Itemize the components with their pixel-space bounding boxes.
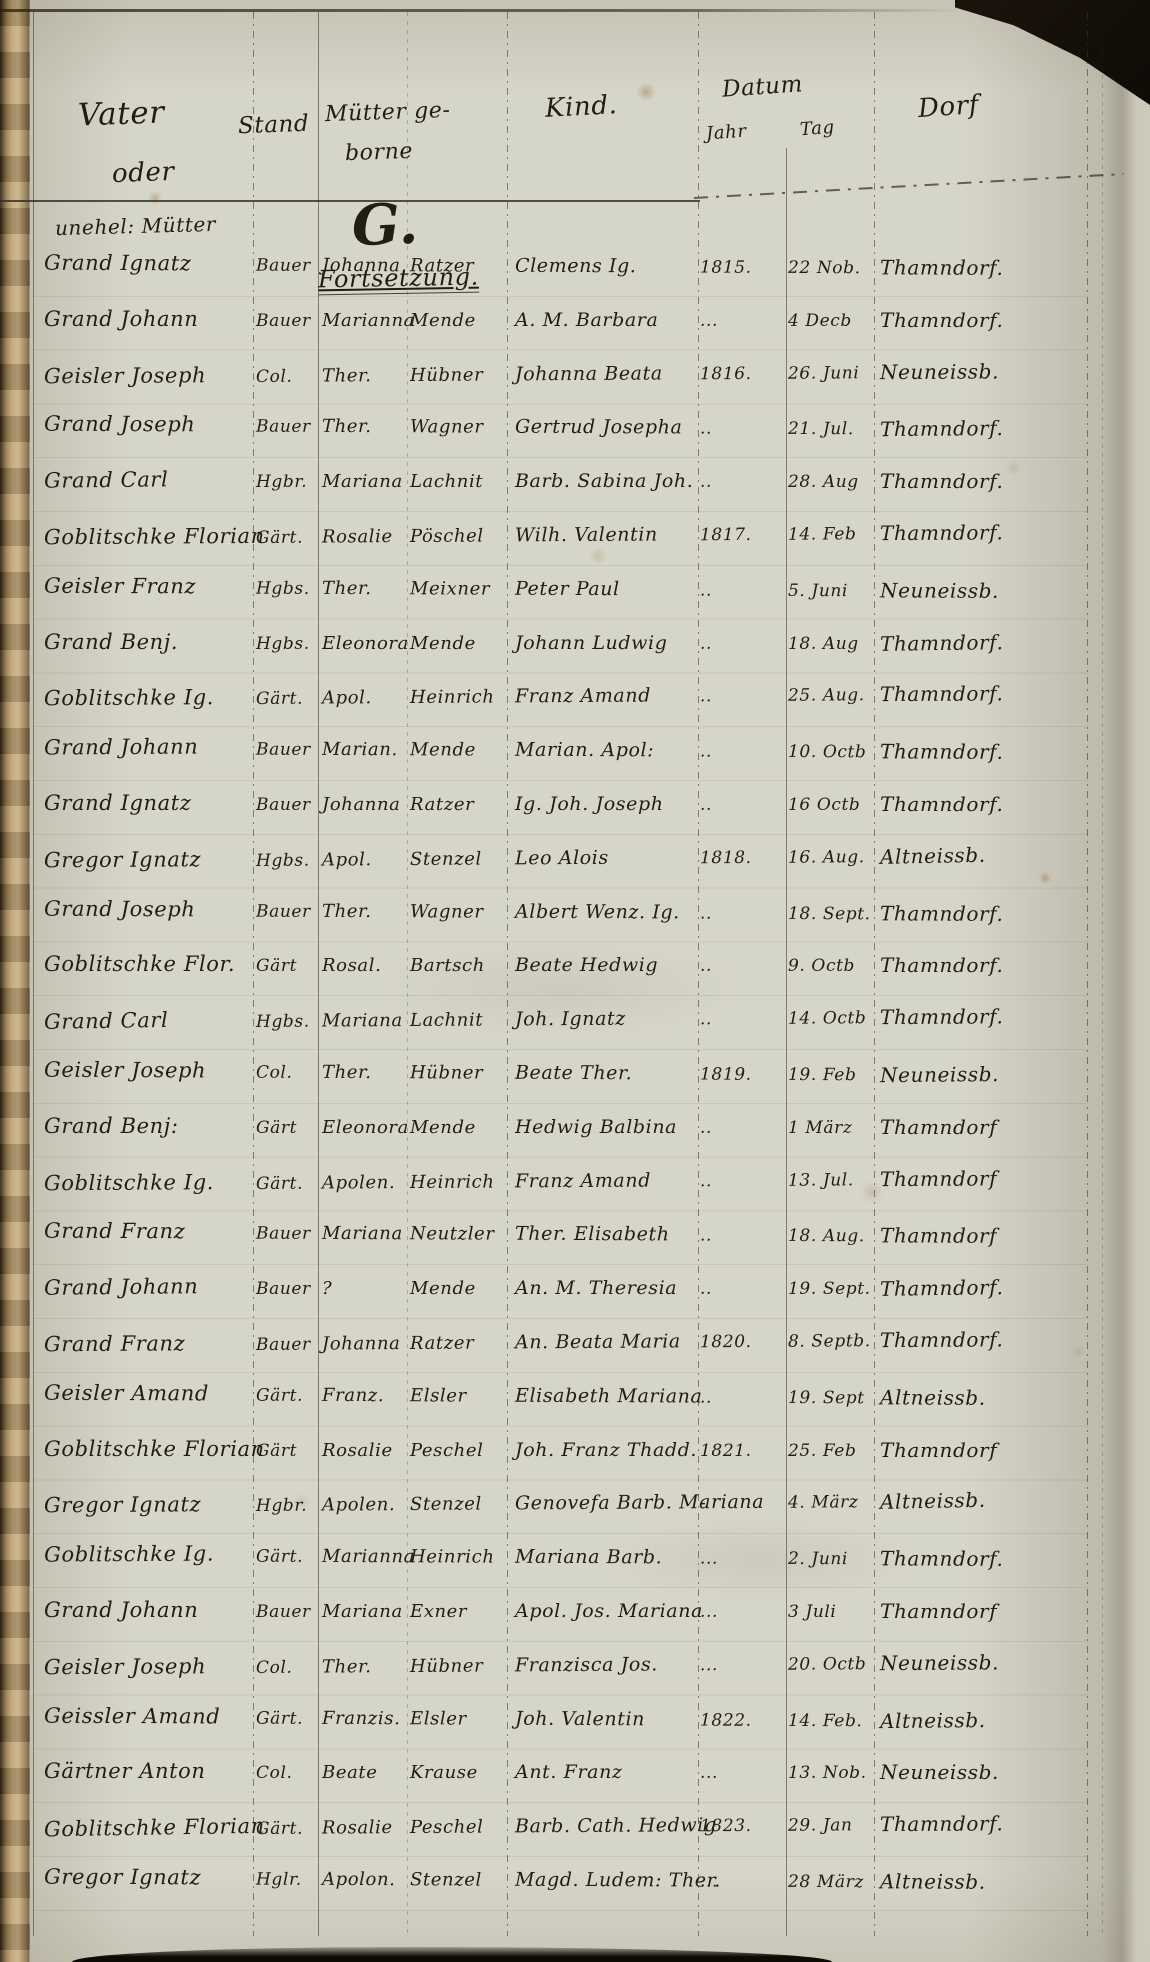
- village-cell: Altneissb.: [880, 1869, 986, 1893]
- day-cell: 9. Octb: [788, 956, 855, 976]
- day-cell: 8. Septb.: [788, 1331, 871, 1352]
- year-cell: 1820.: [700, 1332, 752, 1352]
- village-cell: Neuneissb.: [880, 359, 999, 384]
- father-cell: Geisler Joseph: [44, 363, 206, 388]
- child-cell: Franzisca Jos.: [515, 1653, 658, 1676]
- mother-surname-cell: Mende: [410, 1278, 476, 1299]
- day-cell: 21. Jul.: [788, 419, 854, 439]
- father-cell: Goblitschke Florian: [44, 1437, 265, 1461]
- mother-surname-cell: Lachnit: [410, 1010, 483, 1031]
- year-cell: 1817.: [700, 525, 752, 545]
- village-cell: Neuneissb.: [880, 1760, 999, 1784]
- table-row: Grand IgnatzBauerJohannaRatzerClemens Ig…: [0, 240, 1150, 299]
- mother-surname-cell: Stenzel: [410, 1869, 482, 1890]
- child-cell: Joh. Valentin: [515, 1707, 645, 1730]
- stand-cell: Bauer: [256, 1224, 311, 1244]
- mother-surname-cell: Ratzer: [410, 1333, 474, 1354]
- stand-cell: Hglr.: [256, 1870, 302, 1890]
- village-cell: Thamndorf.: [880, 469, 1003, 493]
- mother-surname-cell: Ratzer: [410, 794, 474, 815]
- child-cell: An. M. Theresia: [515, 1277, 677, 1299]
- day-cell: 19. Feb: [788, 1065, 857, 1085]
- mother-surname-cell: Heinrich: [410, 1171, 495, 1193]
- table-row: Gärtner AntonCol.BeateKrauseAnt. Franz..…: [0, 1749, 1150, 1803]
- stand-cell: Gärt.: [256, 1173, 303, 1193]
- stand-cell: Bauer: [256, 256, 311, 276]
- day-cell: 4. März: [788, 1493, 859, 1513]
- table-row: Grand JohannBauerMarianaExnerApol. Jos. …: [0, 1588, 1150, 1642]
- year-cell: 1816.: [700, 364, 752, 384]
- mother-given-cell: Marian.: [322, 739, 398, 760]
- mother-given-cell: Beate: [322, 1762, 378, 1783]
- year-cell: ..: [700, 795, 712, 815]
- day-cell: 3 Juli: [788, 1602, 836, 1622]
- father-cell: Goblitschke Florian: [44, 1814, 265, 1842]
- father-cell: Goblitschke Flor.: [44, 952, 235, 976]
- table-row: Gregor IgnatzHglr.Apolon.StenzelMagd. Lu…: [0, 1854, 1150, 1913]
- header-rule-left: [0, 200, 700, 202]
- village-cell: Thamndorf.: [880, 520, 1004, 545]
- table-row: Goblitschke Flor.GärtRosal.BartschBeate …: [0, 942, 1150, 996]
- stand-cell: Hgbs.: [256, 634, 310, 654]
- child-cell: Clemens Ig.: [515, 255, 637, 278]
- mother-given-cell: Franzis.: [322, 1707, 401, 1728]
- header-date-day: Tag: [799, 117, 835, 140]
- village-cell: Neuneissb.: [880, 1650, 999, 1675]
- mother-given-cell: Eleonora: [322, 1117, 409, 1138]
- day-cell: 25. Feb: [788, 1441, 856, 1461]
- child-cell: Franz Amand: [515, 1169, 651, 1192]
- stand-cell: Col.: [256, 1657, 293, 1677]
- mother-given-cell: Apolen.: [322, 1172, 395, 1193]
- father-cell: Grand Benj:: [44, 1114, 179, 1138]
- year-cell: ...: [700, 1602, 718, 1622]
- child-cell: Hedwig Balbina: [515, 1116, 677, 1138]
- mother-surname-cell: Stenzel: [410, 1494, 482, 1515]
- village-cell: Thamndorf: [880, 1115, 997, 1139]
- stand-cell: Bauer: [256, 1602, 311, 1622]
- year-cell: ...: [700, 1763, 718, 1783]
- day-cell: 16 Octb: [788, 795, 860, 815]
- child-cell: Barb. Cath. Hedwig: [515, 1814, 717, 1837]
- father-cell: Goblitschke Florian: [44, 524, 265, 549]
- mother-surname-cell: Hübner: [410, 364, 483, 385]
- page-top-edge-line: [0, 9, 960, 12]
- village-cell: Altneissb.: [880, 1385, 986, 1409]
- day-cell: 20. Octb: [788, 1654, 867, 1674]
- village-cell: Thamndorf.: [880, 308, 1003, 332]
- year-cell: ..: [700, 1226, 712, 1246]
- stand-cell: Hgbs.: [256, 1012, 310, 1032]
- mother-surname-cell: Wagner: [410, 417, 484, 438]
- table-row: Goblitschke Ig.Gärt.MariannaHeinrichMari…: [0, 1532, 1150, 1591]
- year-cell: ...: [700, 311, 718, 331]
- father-cell: Grand Franz: [44, 1331, 185, 1356]
- header-mother-line2: borne: [345, 139, 414, 166]
- father-cell: Grand Joseph: [44, 412, 196, 437]
- mother-given-cell: Franz.: [322, 1385, 384, 1406]
- stand-cell: Gärt.: [256, 528, 303, 548]
- mother-given-cell: Marianna: [322, 310, 415, 331]
- mother-given-cell: Ther.: [322, 1656, 372, 1677]
- stand-cell: Bauer: [256, 740, 311, 760]
- table-row: Grand JohannBauerMarian.MendeMarian. Apo…: [0, 725, 1150, 784]
- child-cell: Beate Hedwig: [515, 954, 658, 976]
- mother-surname-cell: Hübner: [410, 1655, 483, 1676]
- child-cell: Genovefa Barb. Mariana: [515, 1491, 764, 1515]
- table-row: Grand JosephBauerTher.WagnerAlbert Wenz.…: [0, 886, 1150, 945]
- father-cell: Gärtner Anton: [44, 1759, 206, 1783]
- stand-cell: Hgbr.: [256, 472, 307, 492]
- child-cell: Ther. Elisabeth: [515, 1223, 670, 1246]
- mother-given-cell: Rosalie: [322, 526, 393, 547]
- stand-cell: Gärt: [256, 956, 297, 976]
- father-cell: Geisler Amand: [44, 1380, 209, 1405]
- village-cell: Thamndorf.: [880, 416, 1004, 441]
- child-cell: Peter Paul: [515, 578, 620, 600]
- table-row: Geisler FranzHgbs.Ther.MeixnerPeter Paul…: [0, 563, 1150, 622]
- mother-given-cell: Marianna: [322, 1546, 415, 1567]
- mother-surname-cell: Lachnit: [410, 471, 483, 492]
- table-row: Grand CarlHgbr.MarianaLachnitBarb. Sabin…: [0, 458, 1150, 512]
- mother-surname-cell: Peschel: [410, 1440, 483, 1461]
- mother-surname-cell: Bartsch: [410, 955, 485, 976]
- child-cell: Leo Alois: [515, 847, 609, 870]
- father-cell: Gregor Ignatz: [44, 1865, 201, 1890]
- mother-surname-cell: Mende: [410, 1117, 476, 1138]
- stand-cell: Bauer: [256, 417, 311, 437]
- day-cell: 14. Octb: [788, 1008, 867, 1028]
- day-cell: 29. Jan: [788, 1815, 853, 1835]
- table-row: Goblitschke Ig.Gärt.Apol.HeinrichFranz A…: [0, 670, 1150, 731]
- table-row: Grand Benj:GärtEleonoraMendeHedwig Balbi…: [0, 1104, 1150, 1158]
- year-cell: 1818.: [700, 848, 752, 868]
- village-cell: Thamndorf.: [880, 1327, 1004, 1352]
- mother-surname-cell: Ratzer: [410, 255, 474, 276]
- header-date-year: Jahr: [705, 121, 747, 145]
- day-cell: 28 März: [788, 1872, 864, 1892]
- year-cell: ..: [700, 1387, 712, 1407]
- year-cell: ..: [700, 419, 712, 439]
- village-cell: Thamndorf: [880, 1599, 997, 1623]
- father-cell: Geissler Amand: [44, 1703, 220, 1728]
- year-cell: 1823.: [700, 1816, 752, 1836]
- mother-surname-cell: Heinrich: [410, 687, 495, 709]
- mother-given-cell: Mariana: [322, 471, 403, 492]
- village-cell: Thamndorf: [880, 1224, 997, 1249]
- father-cell: Goblitschke Ig.: [44, 1170, 214, 1195]
- child-cell: Barb. Sabina Joh.: [515, 470, 693, 492]
- father-cell: Grand Joseph: [44, 896, 196, 921]
- year-cell: ...: [700, 1655, 718, 1675]
- year-cell: ..: [700, 1171, 712, 1191]
- table-row: Gregor IgnatzHgbs.Apol.StenzelLeo Alois1…: [0, 831, 1150, 892]
- child-cell: Albert Wenz. Ig.: [515, 900, 680, 923]
- stand-cell: Bauer: [256, 1279, 311, 1299]
- day-cell: 2. Juni: [788, 1549, 848, 1569]
- father-cell: Grand Johann: [44, 735, 198, 760]
- day-cell: 14. Feb.: [788, 1710, 863, 1730]
- village-cell: Thamndorf.: [880, 682, 1004, 707]
- village-cell: Thamndorf.: [880, 953, 1003, 977]
- father-cell: Grand Ignatz: [44, 251, 192, 276]
- day-cell: 18. Aug: [788, 634, 859, 654]
- mother-given-cell: Johanna: [322, 1333, 401, 1354]
- day-cell: 13. Nob.: [788, 1763, 867, 1783]
- father-cell: Grand Carl: [44, 468, 169, 493]
- table-row: Goblitschke FlorianGärt.RosaliePeschelBa…: [0, 1800, 1150, 1861]
- year-cell: 1815.: [700, 258, 752, 278]
- year-cell: ..: [700, 634, 712, 654]
- table-row: Geisler JosephCol.Ther.HübnerFranzisca J…: [0, 1638, 1150, 1699]
- father-cell: Grand Johann: [44, 307, 198, 331]
- mother-given-cell: Ther.: [322, 416, 372, 437]
- father-cell: Grand Johann: [44, 1274, 199, 1300]
- day-cell: 1 März: [788, 1118, 852, 1138]
- year-cell: ..: [700, 580, 712, 600]
- table-row: Goblitschke FlorianGärt.RosaliePöschelWi…: [0, 508, 1150, 569]
- year-cell: ...: [700, 1549, 718, 1569]
- mother-given-cell: Mariana: [322, 1010, 403, 1031]
- mother-given-cell: Ther.: [322, 365, 372, 386]
- mother-surname-cell: Mende: [410, 739, 476, 760]
- day-cell: 16. Aug.: [788, 847, 865, 867]
- mother-given-cell: Apolon.: [322, 1869, 396, 1890]
- day-cell: 22 Nob.: [788, 258, 861, 278]
- year-cell: ..: [700, 472, 712, 492]
- table-row: Geissler AmandGärt.Franzis.ElslerJoh. Va…: [0, 1693, 1150, 1752]
- mother-surname-cell: Elsler: [410, 1385, 467, 1406]
- stand-cell: Gärt.: [256, 1547, 303, 1567]
- mother-given-cell: ?: [322, 1278, 332, 1299]
- day-cell: 18. Sept.: [788, 903, 871, 923]
- stand-cell: Col.: [256, 1763, 292, 1783]
- table-row: Geisler JosephCol.Ther.HübnerBeate Ther.…: [0, 1047, 1150, 1106]
- year-cell: -: [700, 1494, 706, 1514]
- year-cell: ..: [700, 687, 712, 707]
- child-cell: Joh. Franz Thadd.: [515, 1439, 697, 1461]
- village-cell: Neuneissb.: [880, 578, 999, 603]
- father-cell: Geisler Joseph: [44, 1654, 206, 1679]
- day-cell: 10. Octb: [788, 742, 867, 762]
- father-cell: Grand Franz: [44, 1219, 185, 1244]
- child-cell: Ant. Franz: [515, 1761, 623, 1783]
- child-cell: Magd. Ludem: Ther.: [515, 1869, 721, 1892]
- mother-given-cell: Apol.: [322, 849, 372, 870]
- year-cell: ..: [700, 1279, 712, 1299]
- mother-given-cell: Ther.: [322, 1062, 372, 1083]
- child-cell: Johanna Beata: [515, 362, 663, 385]
- village-cell: Thamndorf.: [880, 630, 1004, 656]
- header-stand: Stand: [238, 111, 310, 139]
- village-cell: Thamndorf.: [880, 1546, 1004, 1571]
- year-cell: 1821.: [700, 1441, 752, 1461]
- mother-given-cell: Johanna: [322, 794, 401, 815]
- mother-given-cell: Mariana: [322, 1601, 403, 1622]
- year-cell: ..: [700, 742, 712, 762]
- register-page-scan: Vater oder unehel: Mütter Stand Mütter g…: [0, 0, 1150, 1962]
- stand-cell: Gärt.: [256, 1385, 303, 1405]
- header-father-line3: unehel: Mütter: [55, 212, 217, 240]
- table-row: Goblitschke FlorianGärtRosaliePeschelJoh…: [0, 1427, 1150, 1481]
- mother-given-cell: Mariana: [322, 1223, 403, 1244]
- stand-cell: Col.: [256, 366, 293, 386]
- mother-given-cell: Apolen.: [322, 1494, 395, 1515]
- table-row: Grand FranzBauerJohannaRatzerAn. Beata M…: [0, 1315, 1150, 1376]
- father-cell: Grand Benj.: [44, 630, 178, 654]
- year-cell: 1819.: [700, 1064, 752, 1084]
- father-cell: Gregor Ignatz: [44, 1493, 201, 1518]
- table-row: Grand FranzBauerMarianaNeutzlerTher. Eli…: [0, 1209, 1150, 1268]
- table-row: Geisler AmandGärt.Franz.ElslerElisabeth …: [0, 1370, 1150, 1429]
- header-village: Dorf: [917, 90, 980, 124]
- village-cell: Thamndorf.: [880, 740, 1004, 765]
- village-cell: Altneissb.: [880, 843, 986, 869]
- day-cell: 26. Juni: [788, 363, 860, 383]
- year-cell: ...: [700, 1871, 718, 1891]
- table-row: Grand IgnatzBauerJohannaRatzerIg. Joh. J…: [0, 781, 1150, 835]
- mother-given-cell: Rosalie: [322, 1817, 393, 1838]
- stand-cell: Col.: [256, 1063, 293, 1083]
- stand-cell: Bauer: [256, 1335, 311, 1355]
- header-date: Datum: [721, 71, 804, 103]
- father-cell: Gregor Ignatz: [44, 847, 201, 872]
- father-cell: Grand Carl: [44, 1008, 169, 1034]
- mother-surname-cell: Hübner: [410, 1062, 483, 1083]
- header-mother-line1: Mütter ge-: [325, 98, 451, 127]
- table-row: Grand CarlHgbs.MarianaLachnitJoh. Ignatz…: [0, 993, 1150, 1054]
- stand-cell: Gärt.: [256, 1708, 303, 1728]
- stand-cell: Gärt.: [256, 689, 303, 709]
- village-cell: Thamndorf.: [880, 1275, 1004, 1301]
- mother-given-cell: Johanna: [322, 255, 401, 276]
- year-cell: ..: [700, 1009, 712, 1029]
- year-cell: ..: [700, 956, 712, 976]
- mother-surname-cell: Meixner: [410, 578, 490, 599]
- village-cell: Thamndorf: [880, 1438, 997, 1462]
- stand-cell: Hgbr.: [256, 1496, 307, 1516]
- table-row: Grand Benj.Hgbs.EleonoraMendeJohann Ludw…: [0, 620, 1150, 674]
- stand-cell: Bauer: [256, 311, 311, 331]
- table-rows: Grand IgnatzBauerJohannaRatzerClemens Ig…: [0, 243, 1150, 1911]
- mother-given-cell: Eleonora: [322, 633, 409, 654]
- mother-given-cell: Ther.: [322, 900, 372, 921]
- mother-surname-cell: Elsler: [410, 1708, 467, 1729]
- stand-cell: Hgbs.: [256, 578, 310, 598]
- day-cell: 19. Sept: [788, 1388, 865, 1408]
- year-cell: 1822.: [700, 1710, 752, 1730]
- table-row: Gregor IgnatzHgbr.Apolen.StenzelGenovefa…: [0, 1477, 1150, 1538]
- village-cell: Thamndorf.: [880, 901, 1004, 926]
- year-cell: ..: [700, 1118, 712, 1138]
- mother-surname-cell: Stenzel: [410, 848, 482, 869]
- mother-surname-cell: Exner: [410, 1601, 467, 1622]
- village-cell: Thamndorf.: [880, 792, 1003, 816]
- book-bottom-edge: [72, 1947, 832, 1962]
- mother-surname-cell: Krause: [410, 1762, 478, 1783]
- village-cell: Altneissb.: [880, 1708, 986, 1733]
- father-cell: Geisler Franz: [44, 573, 196, 598]
- child-cell: An. Beata Maria: [515, 1330, 681, 1353]
- day-cell: 28. Aug: [788, 472, 859, 492]
- child-cell: Mariana Barb.: [515, 1546, 662, 1569]
- stand-cell: Gärt: [256, 1441, 297, 1461]
- mother-surname-cell: Peschel: [410, 1817, 484, 1838]
- mother-surname-cell: Neutzler: [410, 1224, 495, 1245]
- day-cell: 25. Aug.: [788, 686, 865, 706]
- village-cell: Neuneissb.: [880, 1062, 999, 1087]
- child-cell: Franz Amand: [515, 685, 651, 708]
- village-cell: Altneissb.: [880, 1488, 986, 1514]
- table-row: Goblitschke Ig.Gärt.Apolen.HeinrichFranz…: [0, 1154, 1150, 1215]
- mother-surname-cell: Mende: [410, 633, 476, 654]
- child-cell: Elisabeth Mariana: [515, 1384, 703, 1407]
- village-cell: Thamndorf.: [880, 1005, 1004, 1030]
- father-cell: Grand Ignatz: [44, 791, 191, 815]
- header-child: Kind.: [544, 90, 618, 124]
- day-cell: 13. Jul.: [788, 1170, 854, 1190]
- child-cell: Johann Ludwig: [515, 632, 667, 654]
- mother-surname-cell: Mende: [410, 310, 476, 331]
- child-cell: Joh. Ignatz: [515, 1008, 626, 1031]
- day-cell: 19. Sept.: [788, 1279, 871, 1299]
- child-cell: Ig. Joh. Joseph: [515, 793, 664, 815]
- day-cell: 5. Juni: [788, 581, 848, 601]
- mother-surname-cell: Heinrich: [410, 1546, 495, 1567]
- father-cell: Goblitschke Ig.: [44, 686, 214, 711]
- village-cell: Thamndorf.: [880, 1811, 1004, 1836]
- child-cell: Apol. Jos. Mariana: [515, 1600, 703, 1622]
- father-cell: Goblitschke Ig.: [44, 1542, 214, 1567]
- stand-cell: Gärt.: [256, 1819, 303, 1839]
- mother-surname-cell: Wagner: [410, 901, 484, 922]
- year-cell: ..: [700, 903, 712, 923]
- father-cell: Geisler Joseph: [44, 1058, 206, 1083]
- mother-given-cell: Ther.: [322, 578, 372, 599]
- table-row: Grand JohannBauerMariannaMendeA. M. Barb…: [0, 297, 1150, 351]
- table-row: Grand JosephBauerTher.WagnerGertrud Jose…: [0, 402, 1150, 461]
- village-cell: Thamndorf.: [880, 255, 1004, 280]
- child-cell: Gertrud Josepha: [515, 416, 683, 439]
- header-father-line2: oder: [111, 157, 175, 189]
- day-cell: 4 Decb: [788, 311, 852, 331]
- mother-surname-cell: Pöschel: [410, 526, 484, 547]
- header-rule-right: [694, 173, 1123, 199]
- mother-given-cell: Rosalie: [322, 1440, 393, 1461]
- father-cell: Grand Johann: [44, 1598, 198, 1622]
- stand-cell: Bauer: [256, 795, 311, 815]
- day-cell: 14. Feb: [788, 524, 857, 544]
- stand-cell: Hgbs.: [256, 850, 310, 870]
- mother-given-cell: Rosal.: [322, 955, 381, 976]
- table-row: Geisler JosephCol.Ther.HübnerJohanna Bea…: [0, 347, 1150, 408]
- stand-cell: Bauer: [256, 901, 311, 921]
- child-cell: A. M. Barbara: [515, 309, 658, 331]
- day-cell: 18. Aug.: [788, 1226, 865, 1246]
- child-cell: Beate Ther.: [515, 1062, 632, 1085]
- child-cell: Marian. Apol:: [515, 739, 654, 762]
- table-row: Grand JohannBauer?MendeAn. M. Theresia..…: [0, 1265, 1150, 1319]
- village-cell: Thamndorf: [880, 1166, 997, 1191]
- mother-given-cell: Apol.: [322, 688, 372, 709]
- child-cell: Wilh. Valentin: [515, 523, 658, 546]
- stand-cell: Gärt: [256, 1118, 297, 1138]
- header-father-line1: Vater: [77, 94, 165, 133]
